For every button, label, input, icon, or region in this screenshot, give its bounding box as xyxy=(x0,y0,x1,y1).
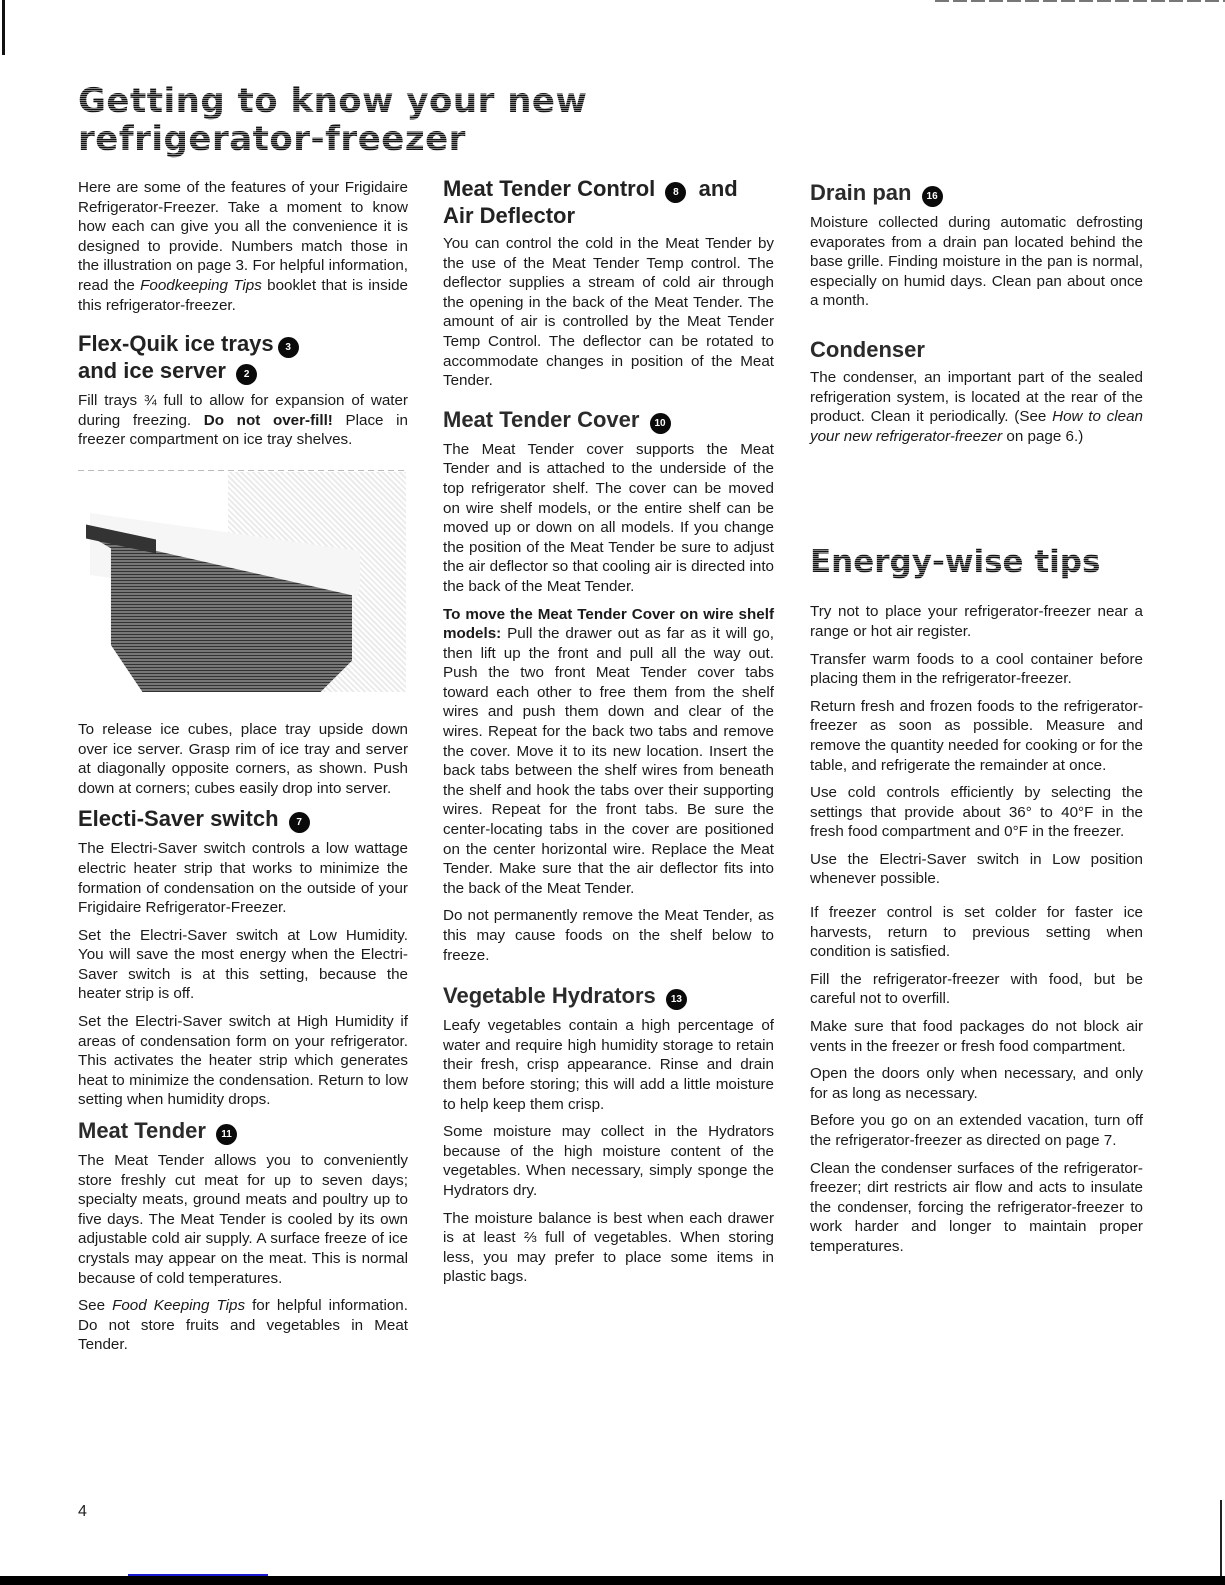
callout-number-badge: 3 xyxy=(278,337,299,358)
energy-tip: Use the Electri-Saver switch in Low posi… xyxy=(810,850,1143,889)
energy-tip: Before you go on an extended vacation, t… xyxy=(810,1111,1143,1150)
meat-tender-cover-paragraph-1: The Meat Tender cover supports the Meat … xyxy=(443,440,774,597)
meat-tender-control-paragraph: You can control the cold in the Meat Ten… xyxy=(443,234,774,391)
page-number: 4 xyxy=(78,1503,87,1521)
callout-number-badge: 11 xyxy=(216,1124,237,1145)
page-title-line2: refrigerator-freezer xyxy=(78,119,466,159)
energy-tip: Try not to place your refrigerator-freez… xyxy=(810,602,1143,641)
electri-saver-paragraph-2: Set the Electri-Saver switch at Low Humi… xyxy=(78,926,408,1004)
do-not-overfill-warning: Do not over-fill! xyxy=(204,412,333,429)
scan-right-edge xyxy=(1220,1500,1222,1578)
callout-number-badge: 16 xyxy=(922,186,943,207)
column-middle: Meat Tender Control 8 and Air Deflector … xyxy=(443,176,774,1295)
section-heading-drain-pan: Drain pan 16 xyxy=(810,180,1143,207)
page-title: Getting to know your new refrigerator-fr… xyxy=(78,82,678,158)
energy-tip: Clean the condenser surfaces of the refr… xyxy=(810,1159,1143,1257)
energy-tip: Return fresh and frozen foods to the ref… xyxy=(810,697,1143,775)
callout-number-badge: 13 xyxy=(666,989,687,1010)
meat-tender-cover-paragraph-2: To move the Meat Tender Cover on wire sh… xyxy=(443,605,774,899)
column-right: Drain pan 16 Moisture collected during a… xyxy=(810,180,1143,1265)
meat-tender-paragraph-1: The Meat Tender allows you to convenient… xyxy=(78,1151,408,1288)
section-heading-condenser: Condenser xyxy=(810,337,1143,362)
vegetable-hydrators-paragraph-2: Some moisture may collect in the Hydrato… xyxy=(443,1122,774,1200)
scan-bottom-edge xyxy=(0,1576,1225,1585)
section-heading-meat-tender: Meat Tender 11 xyxy=(78,1118,408,1145)
flex-quik-paragraph-2: To release ice cubes, place tray upside … xyxy=(78,720,408,798)
column-left: Here are some of the features of your Fr… xyxy=(78,178,408,1363)
section-heading-meat-tender-cover: Meat Tender Cover 10 xyxy=(443,407,774,434)
ice-tray-photo xyxy=(78,462,408,710)
flex-quik-paragraph-1: Fill trays ¾ full to allow for expansion… xyxy=(78,391,408,450)
vegetable-hydrators-paragraph-3: The moisture balance is best when each d… xyxy=(443,1209,774,1287)
energy-tips-list: Try not to place your refrigerator-freez… xyxy=(810,602,1143,1256)
section-heading-meat-tender-control: Meat Tender Control 8 and Air Deflector xyxy=(443,176,774,228)
vegetable-hydrators-paragraph-1: Leafy vegetables contain a high percenta… xyxy=(443,1016,774,1114)
food-keeping-tips-reference: Food Keeping Tips xyxy=(112,1297,245,1314)
callout-number-badge: 10 xyxy=(650,413,671,434)
section-heading-energy-wise-tips: Energy-wise tips xyxy=(810,544,1143,580)
scan-top-rule xyxy=(935,0,1225,2)
energy-tip: Transfer warm foods to a cool container … xyxy=(810,650,1143,689)
section-heading-flex-quik: Flex-Quik ice trays3 and ice server 2 xyxy=(78,331,408,385)
energy-tip: If freezer control is set colder for fas… xyxy=(810,903,1143,962)
electri-saver-paragraph-3: Set the Electri-Saver switch at High Hum… xyxy=(78,1012,408,1110)
intro-paragraph: Here are some of the features of your Fr… xyxy=(78,178,408,315)
callout-number-badge: 2 xyxy=(236,364,257,385)
condenser-paragraph: The condenser, an important part of the … xyxy=(810,368,1143,446)
energy-tip: Open the doors only when necessary, and … xyxy=(810,1064,1143,1103)
section-heading-vegetable-hydrators: Vegetable Hydrators 13 xyxy=(443,983,774,1010)
meat-tender-paragraph-2: See Food Keeping Tips for helpful inform… xyxy=(78,1296,408,1355)
scan-left-edge xyxy=(2,0,5,55)
energy-tip: Fill the refrigerator-freezer with food,… xyxy=(810,970,1143,1009)
foodkeeping-tips-reference: Foodkeeping Tips xyxy=(140,277,262,294)
callout-number-badge: 8 xyxy=(665,182,686,203)
energy-tip: Make sure that food packages do not bloc… xyxy=(810,1017,1143,1056)
page-title-line1: Getting to know your new xyxy=(78,81,587,121)
callout-number-badge: 7 xyxy=(289,812,310,833)
section-heading-electri-saver: Electi-Saver switch 7 xyxy=(78,806,408,833)
drain-pan-paragraph: Moisture collected during automatic defr… xyxy=(810,213,1143,311)
meat-tender-cover-paragraph-3: Do not permanently remove the Meat Tende… xyxy=(443,906,774,965)
energy-tip: Use cold controls efficiently by selecti… xyxy=(810,783,1143,842)
electri-saver-paragraph-1: The Electri-Saver switch controls a low … xyxy=(78,839,408,917)
